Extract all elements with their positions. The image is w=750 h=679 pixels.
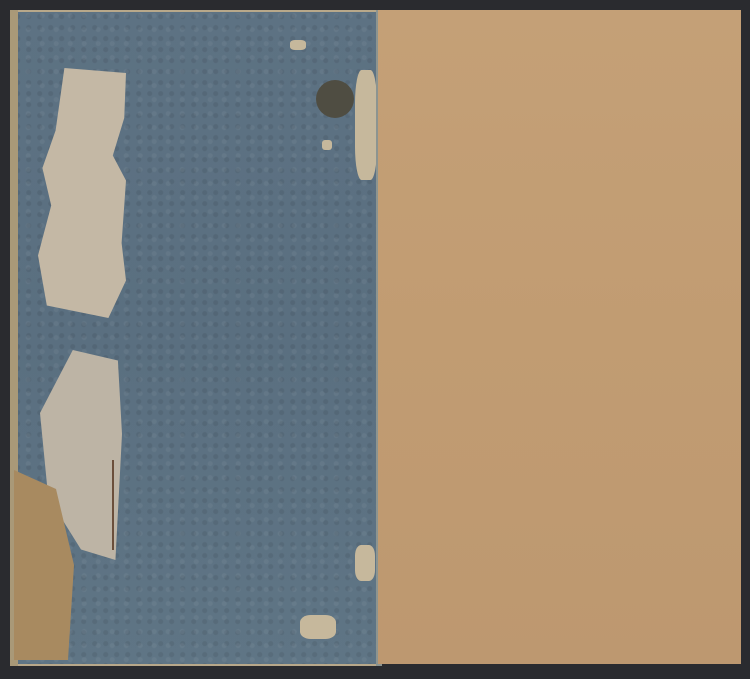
paper-chip bbox=[355, 545, 375, 581]
paper-chip bbox=[355, 70, 377, 180]
round-seal bbox=[316, 80, 354, 118]
paper-chip bbox=[300, 615, 336, 639]
spine-line bbox=[112, 460, 114, 550]
paper-chip bbox=[290, 40, 306, 50]
paper-chip bbox=[322, 140, 332, 150]
blank-endpaper bbox=[378, 10, 741, 664]
